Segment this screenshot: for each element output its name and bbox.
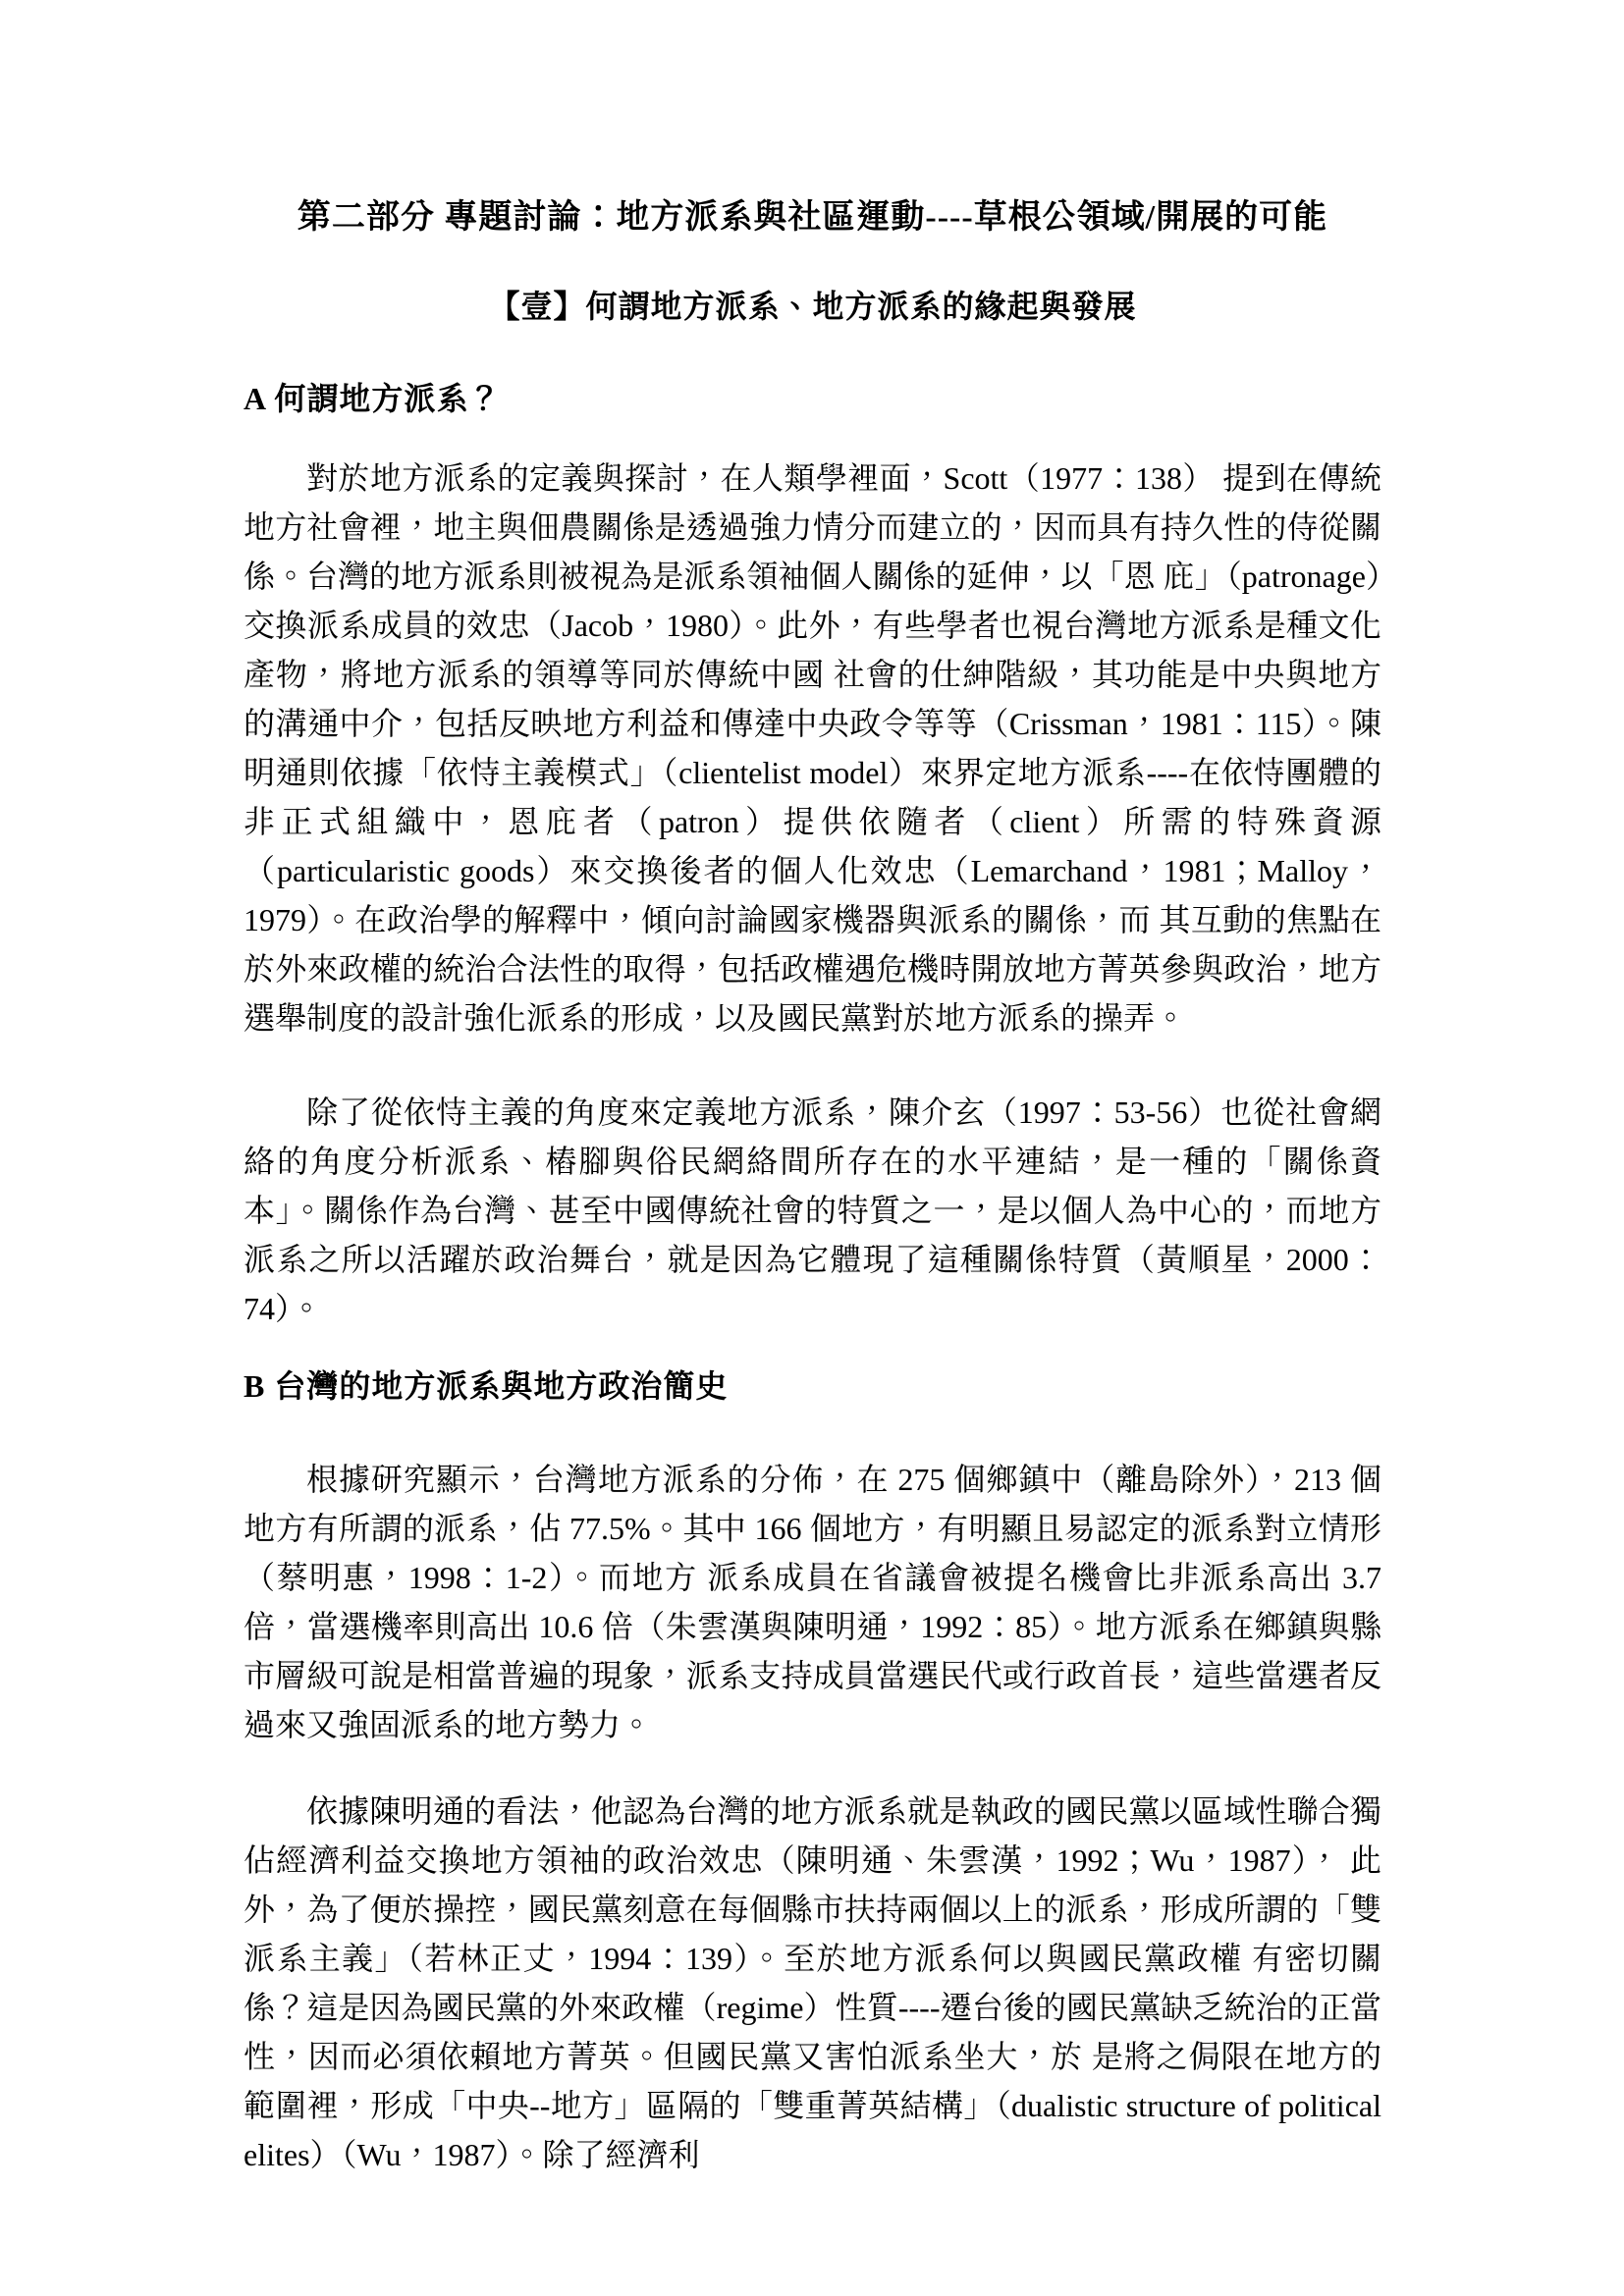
section-b-heading: B 台灣的地方派系與地方政治簡史 (244, 1364, 1381, 1408)
section-a-heading: A 何謂地方派系？ (244, 377, 1381, 420)
section-a-paragraph-2: 除了從依恃主義的角度來定義地方派系，陳介玄（1997：53-56）也從社會網絡的… (244, 1088, 1381, 1333)
section-b-paragraph-2: 依據陳明通的看法，他認為台灣的地方派系就是執政的國民黨以區域性聯合獨佔經濟利益交… (244, 1787, 1381, 2179)
section-b-paragraph-1: 根據研究顯示，台灣地方派系的分佈，在 275 個鄉鎮中（離島除外），213 個地… (244, 1455, 1381, 1749)
document-page: 第二部分 專題討論：地方派系與社區運動----草根公領域/開展的可能 【壹】何謂… (0, 0, 1624, 2296)
doc-subtitle: 【壹】何謂地方派系、地方派系的緣起與發展 (244, 285, 1381, 328)
doc-title: 第二部分 專題討論：地方派系與社區運動----草根公領域/開展的可能 (244, 196, 1381, 240)
section-a-paragraph-1: 對於地方派系的定義與探討，在人類學裡面，Scott（1977：138） 提到在傳… (244, 454, 1381, 1042)
